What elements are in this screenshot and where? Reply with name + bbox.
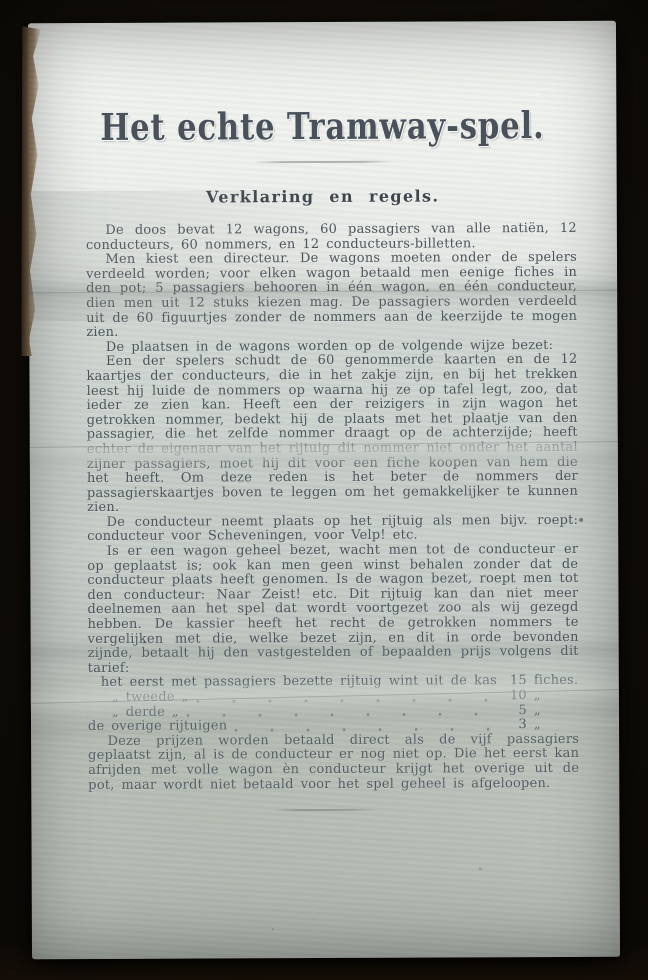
tariff-row-value: 10 <box>505 689 527 704</box>
tariff-row-leader <box>185 705 499 719</box>
tariff-row-label: het eerst met passagiers bezette rijtuig… <box>101 675 497 691</box>
tariff-row-unit: „ <box>527 703 579 718</box>
section-heading: Verklaring en regels. <box>29 186 617 208</box>
wooden-table-background: Het echte Tramway-spel. Verklaring en re… <box>0 0 648 980</box>
tariff-table: het eerst met passagiers bezette rijtuig… <box>88 674 579 735</box>
rules-body-text: De doos bevat 12 wagons, 60 passagiers v… <box>29 222 619 794</box>
tariff-row-value: 3 <box>505 718 527 733</box>
paragraph-closing: Deze prijzen worden betaald direct als d… <box>88 733 579 794</box>
tariff-row-leader <box>499 676 503 689</box>
tariff-row-unit: fiches. <box>527 674 579 689</box>
tariff-row-value: 5 <box>505 704 527 719</box>
end-divider <box>273 809 377 811</box>
paragraph-setup: Men kiest een directeur. De wagons moete… <box>86 251 577 341</box>
paragraph-box-contents: De doos bevat 12 wagons, 60 passagiers v… <box>86 222 577 253</box>
tariff-row-unit: „ <box>527 689 579 704</box>
document-content: Het echte Tramway-spel. Verklaring en re… <box>28 21 620 960</box>
paragraph-drawing-rules: Een der spelers schudt de 60 genommerde … <box>86 353 578 516</box>
tariff-row-label: „ tweede „ <box>112 691 189 706</box>
tariff-row-leader <box>195 691 499 705</box>
document-title: Het echte Tramway-spel. <box>78 103 566 149</box>
tariff-row-unit: „ <box>527 718 579 733</box>
tariff-row-value: 15 <box>505 675 527 690</box>
paragraph-conductor-call: De conducteur neemt plaats op het rijtui… <box>87 514 578 545</box>
rules-sheet-paper: Het echte Tramway-spel. Verklaring en re… <box>28 21 620 960</box>
paragraph-payout-rules: Is er een wagon geheel bezet, wacht men … <box>87 543 579 676</box>
title-divider <box>254 161 392 164</box>
